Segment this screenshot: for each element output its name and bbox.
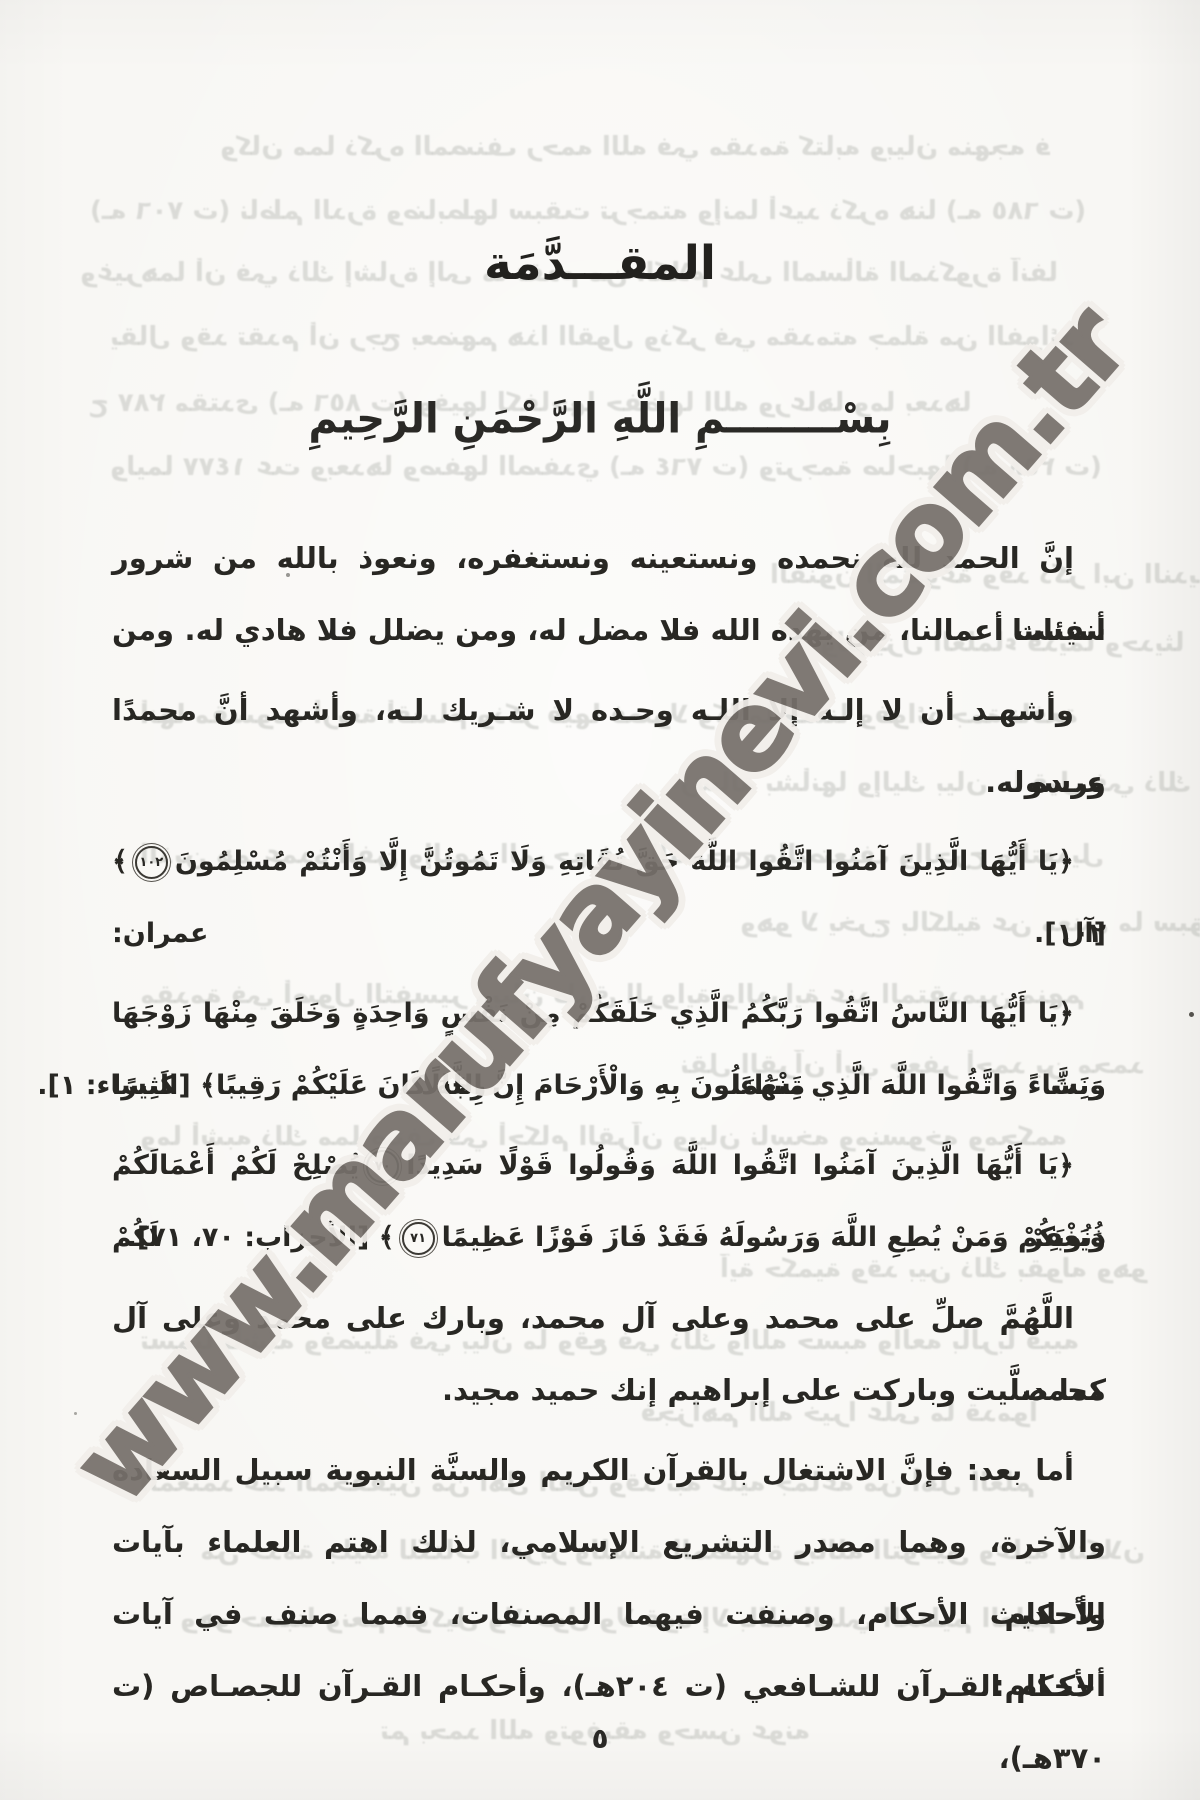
text-line: سيئات أعمالنا، من يهده الله فلا مضل له، … [112,594,1106,666]
content-lines: إنَّ الحمد لله نحمده ونستعينه ونستغفره، … [112,522,1106,1722]
text-line: كما صلَّيت وباركت على إبراهيم إنك حميد م… [112,1354,1106,1426]
line-text: وَنِسَاءً وَاتَّقُوا اللَّهَ الَّذِي تَس… [37,1070,1106,1101]
line-text: ورسوله. [985,765,1106,799]
page-title: المقـــدَّمَة [0,236,1200,291]
text-line: وأشهـد أن لا إلـه إلا اللـه وحـده لا شـر… [112,674,1106,746]
text-line: ورسوله. [112,746,1106,818]
ayah-number-marker: ٧١ [402,1222,435,1255]
line-text: ١٠٢]. [1034,918,1106,949]
line-text: أما بعد: فإنَّ الاشتغال بالقرآن الكريم و… [112,1453,1074,1487]
line-text: ﴿يَا أَيُّهَا الَّذِينَ آمَنُوا اتَّقُوا… [175,846,1074,877]
text-line: ﴿يَا أَيُّهَا الَّذِينَ آمَنُوا اتَّقُوا… [112,1130,1106,1202]
ayah-number-marker: ١٠٢ [135,846,168,879]
scanned-book-page: وكان مما ذكره المصنف رحمه الله في مقدمة … [0,0,1200,1800]
line-text: سيئات أعمالنا، من يهده الله فلا مضل له، … [185,613,1106,647]
bismillah-calligraphy: بِسْــــــــمِ اللَّهِ الرَّحْمَنِ الرَّ… [0,395,1200,443]
text-line: ﴿يَا أَيُّهَا النَّاسُ اتَّقُوا رَبَّكُم… [112,978,1106,1050]
ayah-number-marker: ٧٠ [366,1150,399,1183]
text-line: اللَّهُمَّ صلِّ على محمد وعلى آل محمد، و… [112,1282,1106,1354]
line-text: ﴿يَا أَيُّهَا الَّذِينَ آمَنُوا اتَّقُوا… [406,1150,1074,1181]
text-line: والآخرة، وهما مصدر التشريع الإسلامي، لذل… [112,1506,1106,1578]
scan-speck [74,1412,77,1415]
scan-speck [286,573,290,577]
text-line: ﴿يَا أَيُّهَا الَّذِينَ آمَنُوا اتَّقُوا… [112,826,1106,898]
page-number: ٥ [0,1722,1200,1755]
line-text: ذُنُوبَكُمْ وَمَنْ يُطِعِ اللَّهَ وَرَسُ… [442,1222,1106,1253]
text-line: ذُنُوبَكُمْ وَمَنْ يُطِعِ اللَّهَ وَرَسُ… [112,1202,1106,1274]
text-line: وأحاديث الأحكام، وصنفت فيهما المصنفات، ف… [112,1578,1106,1650]
text-line: إنَّ الحمد لله نحمده ونستعينه ونستغفره، … [112,522,1106,594]
text-line: أما بعد: فإنَّ الاشتغال بالقرآن الكريم و… [112,1434,1106,1506]
scan-speck [1189,1012,1194,1017]
line-text: ﴾ [الأحزاب: ٧٠، ٧١]. [127,1222,395,1253]
line-text: كما صلَّيت وباركت على إبراهيم إنك حميد م… [442,1373,1106,1407]
text-line: أحكـام القـرآن للشـافعي (ت ٢٠٤هـ)، وأحكـ… [112,1650,1106,1722]
printed-content: المقـــدَّمَة بِسْــــــــمِ اللَّهِ الر… [0,0,1200,1800]
text-line: وَنِسَاءً وَاتَّقُوا اللَّهَ الَّذِي تَس… [112,1050,1106,1122]
